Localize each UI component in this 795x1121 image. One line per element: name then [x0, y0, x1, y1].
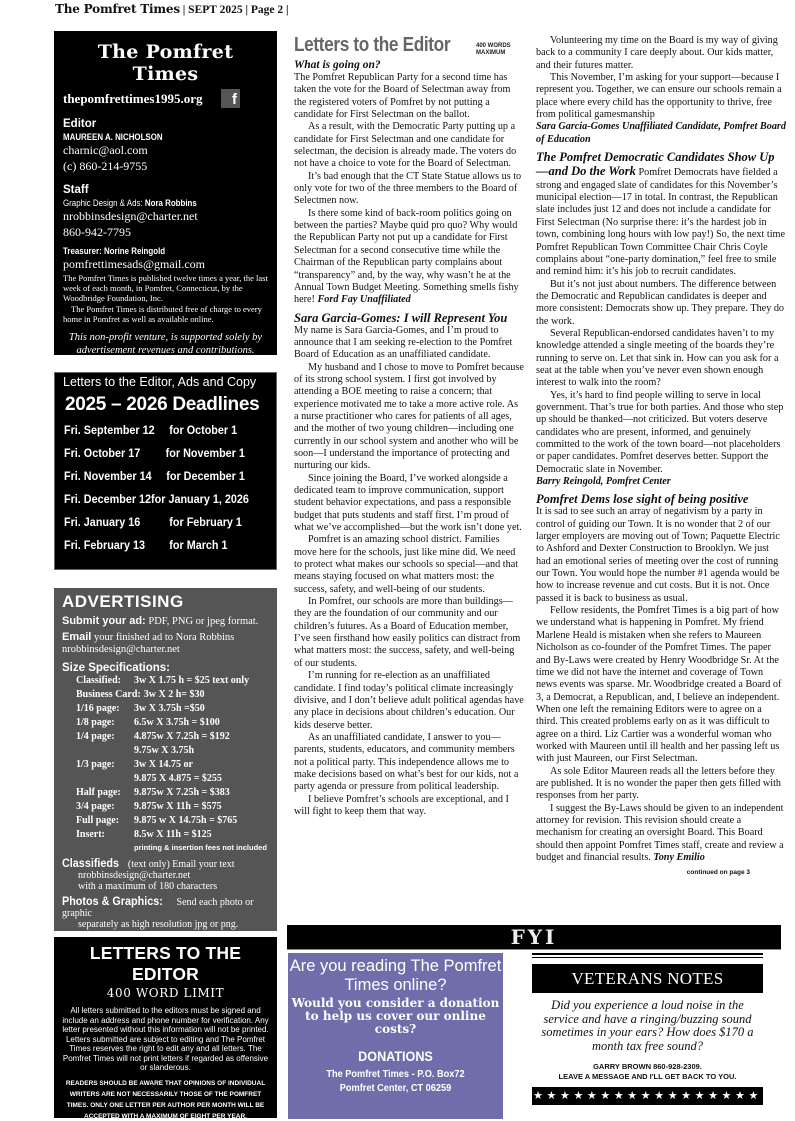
letter-paragraph: It’s bad enough that the CT State Statue…: [294, 171, 524, 208]
spec-size: 1/3 page:: [76, 758, 134, 772]
spec-row: 3/4 page:9.875w X 11h = $575: [62, 800, 269, 814]
deadline-row: Fri. December 12for January 1, 2026: [55, 487, 254, 510]
deadline-date: Fri. September 12: [64, 423, 169, 437]
continued-link[interactable]: continued on page 3: [536, 867, 750, 879]
spec-size: 3/4 page:: [76, 800, 134, 814]
spec-row: Classified:3w X 1.75 h = $25 text only: [62, 674, 269, 688]
letter-paragraph: The Pomfret Democratic Candidates Show U…: [536, 151, 786, 278]
letters-policy-subtitle: 400 WORD LIMIT: [60, 986, 271, 1000]
letter-paragraph: But it’s not just about numbers. The dif…: [536, 279, 786, 328]
deadline-issue: for February 1: [169, 515, 242, 529]
spec-row: 1/16 page:3w X 3.75h =$50: [62, 702, 269, 716]
letters-column-right: Volunteering my time on the Board is my …: [536, 35, 786, 880]
spec-row: Half page:9.875w X 7.25h = $383: [62, 786, 269, 800]
spec-row: 9.75w X 3.75h: [62, 744, 269, 758]
submit-line: Submit your ad: PDF, PNG or jpeg format.: [62, 615, 269, 628]
deadline-issue: for October 1: [169, 423, 237, 437]
photos-label: Photos & Graphics:: [62, 896, 163, 907]
spec-dims: 9.875w X 7.25h = $383: [134, 786, 230, 800]
spec-row: 1/3 page:3w X 14.75 or: [62, 758, 269, 772]
letter-paragraph: I believe Pomfret’s schools are exceptio…: [294, 794, 524, 819]
treasurer-email[interactable]: pomfrettimesads@gmail.com: [63, 257, 268, 272]
editor-email[interactable]: charnic@aol.com: [63, 143, 268, 158]
stars-border-icon: ★★★★★★★★★★★★★★★★★: [532, 1087, 763, 1105]
letter-headline: What is going on?: [294, 59, 524, 72]
spec-size: 1/4 page:: [76, 730, 134, 744]
spec-size: Business Card:: [76, 688, 141, 702]
classifieds-text: (text only) Email your text: [125, 859, 234, 870]
fyi-banner: FYI: [287, 925, 781, 950]
email-line: Email your finished ad to Nora Robbinsnr…: [62, 631, 269, 656]
letters-column-middle: Letters to the Editor 400 WORDSMAXIMUM W…: [294, 34, 524, 818]
letters-policy-box: LETTERS TO THE EDITOR 400 WORD LIMIT All…: [54, 937, 277, 1118]
issue-info: | SEPT 2025 | Page 2 |: [180, 4, 289, 16]
submit-label: Submit your ad:: [62, 615, 146, 627]
treasurer: Treasurer: Norine Reingold: [63, 246, 243, 256]
letter-text: Pomfret Democrats have fielded a strong …: [536, 167, 785, 277]
spec-dims: 6.5w X 3.75h = $100: [134, 716, 220, 730]
letter-paragraph: As a result, with the Democratic Party p…: [294, 121, 524, 170]
veterans-contact-phone: GARRY BROWN 860-928-2309.: [532, 1062, 763, 1072]
distribution-info: The Pomfret Times is distributed free of…: [63, 304, 268, 324]
letters-policy-title: LETTERS TO THE EDITOR: [60, 943, 271, 985]
spec-dims: 3w X 1.75 h = $25 text only: [134, 674, 249, 688]
letter-paragraph: Is there some kind of back-room politics…: [294, 208, 524, 307]
deadline-issue: for December 1: [166, 469, 245, 483]
deadline-row: Fri. November 14for December 1: [55, 464, 254, 487]
letters-section-header: Letters to the Editor 400 WORDSMAXIMUM: [294, 34, 524, 56]
letter-text: Is there some kind of back-room politics…: [294, 208, 519, 305]
donations-heading: DONATIONS: [299, 1048, 493, 1064]
donation-request: Would you consider a donation to help us…: [288, 997, 503, 1036]
editor-name: MAUREEN A. NICHOLSON: [63, 132, 243, 142]
letter-paragraph: Volunteering my time on the Board is my …: [536, 35, 786, 72]
letter-paragraph: I’m running for re-election as an unaffi…: [294, 670, 524, 732]
deadlines-title: 2025 – 2026 Deadlines: [55, 389, 276, 418]
classifieds-limit: with a maximum of 180 characters: [62, 881, 269, 892]
veterans-contact: GARRY BROWN 860-928-2309. LEAVE A MESSAG…: [532, 1062, 763, 1082]
word-limit-line2: MAXIMUM: [476, 50, 511, 57]
letter-headline: Sara Garcia-Gomes: I will Represent You: [294, 312, 524, 325]
design-email[interactable]: nrobbinsdesign@charter.net: [63, 209, 268, 224]
spec-dims: 8.5w X 11h = $125: [134, 828, 212, 842]
ads-email-link[interactable]: nrobbinsdesign@charter.net: [62, 644, 180, 655]
deadline-row: Fri. January 16for February 1: [55, 510, 254, 533]
letters-section-title: Letters to the Editor: [294, 34, 445, 56]
letter-paragraph: The Pomfret Republican Party for a secon…: [294, 72, 524, 121]
deadline-issue: for January 1, 2026: [151, 492, 249, 506]
letter-paragraph: As an unaffiliated candidate, I answer t…: [294, 732, 524, 794]
facebook-icon[interactable]: f: [221, 89, 240, 108]
staff-heading: Staff: [63, 184, 268, 196]
spec-row: Insert:8.5w X 11h = $125: [62, 828, 269, 842]
editor-phone: (c) 860-214-9755: [63, 159, 268, 174]
letter-paragraph: Pomfret is an amazing school district. F…: [294, 534, 524, 596]
editor-heading: Editor: [63, 118, 268, 130]
paper-name: The Pomfret Times: [55, 2, 180, 16]
letter-signature: Ford Fay Unaffiliated: [317, 294, 410, 305]
letter-paragraph: My husband and I chose to move to Pomfre…: [294, 362, 524, 473]
deadline-date: Fri. October 17: [64, 446, 166, 460]
donation-address: The Pomfret Times - P.O. Box72 Pomfret C…: [297, 1068, 495, 1096]
letter-headline: Pomfret Dems lose sight of being positiv…: [536, 493, 786, 506]
design-name: Nora Robbins: [145, 198, 197, 208]
donation-address-line1: The Pomfret Times - P.O. Box72: [297, 1068, 495, 1082]
letter-paragraph: Several Republican-endorsed candidates h…: [536, 328, 786, 390]
website-link[interactable]: thepomfrettimes1995.org: [63, 91, 202, 107]
deadline-row: Fri. February 13for March 1: [55, 533, 254, 556]
letter-signature: Sara Garcia-Gomes Unaffiliated Candidate…: [536, 121, 786, 146]
letter-paragraph: My name is Sara Garcia-Gomes, and I’m pr…: [294, 325, 524, 362]
design-phone: 860-942-7795: [63, 225, 268, 240]
spec-row: 1/4 page:4.875w X 7.25h = $192: [62, 730, 269, 744]
page-header: The Pomfret Times | SEPT 2025 | Page 2 |: [55, 2, 289, 22]
deadlines-heading: Letters to the Editor, Ads and Copy: [55, 373, 276, 389]
spec-size: 1/8 page:: [76, 716, 134, 730]
email-label: Email: [62, 631, 91, 643]
advertising-title: ADVERTISING: [62, 592, 269, 612]
spec-size: [76, 744, 134, 758]
deadline-issue: for November 1: [166, 446, 245, 460]
donation-address-line2: Pomfret Center, CT 06259: [297, 1082, 495, 1096]
letter-paragraph: Yes, it’s hard to find people willing to…: [536, 390, 786, 476]
letter-paragraph: In Pomfret, our schools are more than bu…: [294, 596, 524, 670]
spec-dims: 4.875w X 7.25h = $192: [134, 730, 230, 744]
spec-size: Classified:: [76, 674, 134, 688]
veterans-notes-text: Did you experience a loud noise in the s…: [532, 999, 763, 1053]
deadline-date: Fri. December 12: [64, 492, 151, 506]
letters-policy-body: All letters submitted to the editors mus…: [60, 1006, 271, 1073]
spec-size: Full page:: [76, 814, 134, 828]
staff-box-title: The Pomfret Times: [63, 41, 268, 85]
spec-dims: 9.875 X 4.875 = $255: [134, 772, 222, 786]
letter-paragraph: Fellow residents, the Pomfret Times is a…: [536, 605, 786, 765]
letter-paragraph: It is sad to see such an array of negati…: [536, 506, 786, 605]
size-spec-title: Size Specifications:: [62, 662, 269, 674]
letters-policy-warning: READERS SHOULD BE AWARE THAT OPINIONS OF…: [60, 1078, 271, 1121]
letter-paragraph: This November, I’m asking for your suppo…: [536, 72, 786, 121]
email-text: your finished ad to Nora Robbins: [91, 632, 234, 643]
word-limit-badge: 400 WORDSMAXIMUM: [476, 43, 511, 56]
spec-dims: 3w X 2 h= $30: [144, 688, 205, 702]
donation-box: Are you reading The Pomfret Times online…: [288, 953, 503, 1119]
spec-size: 1/16 page:: [76, 702, 134, 716]
veterans-notes-title: VETERANS NOTES: [532, 964, 763, 993]
letter-paragraph: Since joining the Board, I’ve worked alo…: [294, 473, 524, 535]
classifieds-email[interactable]: nrobbinsdesign@charter.net: [62, 870, 269, 881]
veterans-notes-box: VETERANS NOTES Did you experience a loud…: [532, 953, 763, 1105]
spec-row: Full page:9.875 w X 14.75h = $765: [62, 814, 269, 828]
photos-info: Photos & Graphics: Send each photo or gr…: [62, 896, 269, 930]
letter-paragraph: I suggest the By-Laws should be given to…: [536, 803, 786, 865]
divider: [532, 953, 763, 958]
publish-info: The Pomfret Times is published twelve ti…: [63, 273, 268, 303]
spec-row: 9.875 X 4.875 = $255: [62, 772, 269, 786]
staff-box: The Pomfret Times thepomfrettimes1995.or…: [54, 31, 277, 355]
deadline-row: Fri. September 12for October 1: [55, 418, 254, 441]
spec-row: 1/8 page:6.5w X 3.75h = $100: [62, 716, 269, 730]
deadline-issue: for March 1: [169, 538, 227, 552]
classifieds-info: Classifieds (text only) Email your text …: [62, 858, 269, 892]
spec-note: printing & insertion fees not included: [62, 842, 269, 854]
deadline-row: Fri. October 17for November 1: [55, 441, 254, 464]
deadline-date: Fri. February 13: [64, 538, 169, 552]
spec-dims: 9.875 w X 14.75h = $765: [134, 814, 237, 828]
letter-signature: Tony Emilio: [653, 852, 704, 863]
spec-dims: 3w X 14.75 or: [134, 758, 193, 772]
letter-paragraph: As sole Editor Maureen reads all the let…: [536, 766, 786, 803]
spec-dims: 9.875w X 11h = $575: [134, 800, 222, 814]
deadlines-box: Letters to the Editor, Ads and Copy 2025…: [54, 372, 277, 570]
design-label: Graphic Design & Ads:: [63, 198, 145, 208]
spec-dims: 3w X 3.75h =$50: [134, 702, 205, 716]
veterans-contact-message: LEAVE A MESSAGE AND I'LL GET BACK TO YOU…: [532, 1072, 763, 1082]
spec-row: Business Card:3w X 2 h= $30: [62, 688, 269, 702]
submit-text: PDF, PNG or jpeg format.: [146, 616, 259, 627]
classifieds-label: Classifieds: [62, 858, 119, 869]
deadline-date: Fri. November 14: [64, 469, 166, 483]
spec-dims: 9.75w X 3.75h: [134, 744, 194, 758]
donation-question: Are you reading The Pomfret Times online…: [288, 957, 503, 995]
deadline-date: Fri. January 16: [64, 515, 169, 529]
motto: This non-profit venture, is supported so…: [63, 332, 268, 357]
advertising-box: ADVERTISING Submit your ad: PDF, PNG or …: [54, 588, 277, 931]
photos-text-2: separately as high resolution jpg or png…: [62, 919, 269, 930]
letter-signature: Barry Reingold, Pomfret Center: [536, 476, 786, 488]
spec-size: Half page:: [76, 786, 134, 800]
spec-size: Insert:: [76, 828, 134, 842]
spec-size: [76, 772, 134, 786]
word-limit-line1: 400 WORDS: [476, 43, 511, 50]
